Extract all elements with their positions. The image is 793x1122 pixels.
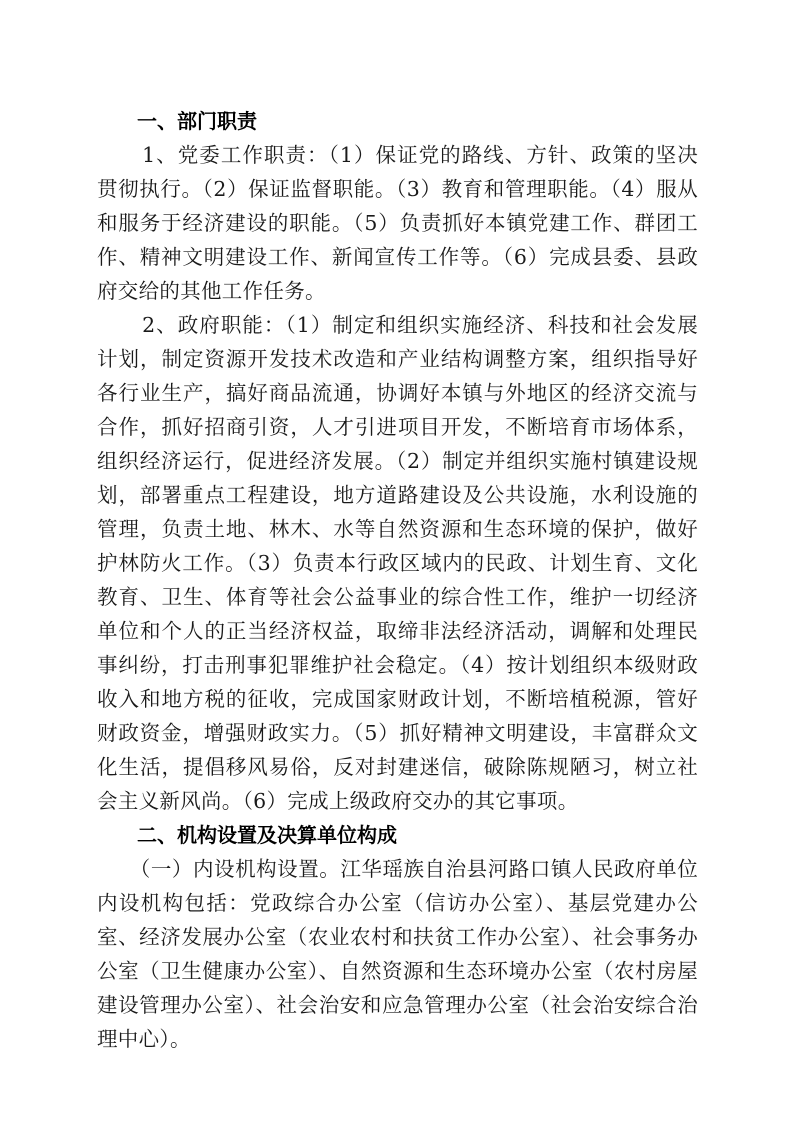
document-page: 一、部门职责 1、党委工作职责：（1）保证党的路线、方针、政策的坚决贯彻执行。（… <box>97 104 698 1056</box>
paragraph-party-committee-duties: 1、党委工作职责：（1）保证党的路线、方针、政策的坚决贯彻执行。（2）保证监督职… <box>97 138 698 308</box>
paragraph-internal-institutions: （一）内设机构设置。江华瑶族自治县河路口镇人民政府单位内设机构包括：党政综合办公… <box>97 852 698 1056</box>
section-department-duties: 一、部门职责 1、党委工作职责：（1）保证党的路线、方针、政策的坚决贯彻执行。（… <box>97 104 698 818</box>
section-heading: 二、机构设置及决算单位构成 <box>97 818 698 852</box>
paragraph-government-functions: 2、政府职能：（1）制定和组织实施经济、科技和社会发展计划，制定资源开发技术改造… <box>97 308 698 818</box>
section-organization-structure: 二、机构设置及决算单位构成 （一）内设机构设置。江华瑶族自治县河路口镇人民政府单… <box>97 818 698 1056</box>
section-heading: 一、部门职责 <box>97 104 698 138</box>
